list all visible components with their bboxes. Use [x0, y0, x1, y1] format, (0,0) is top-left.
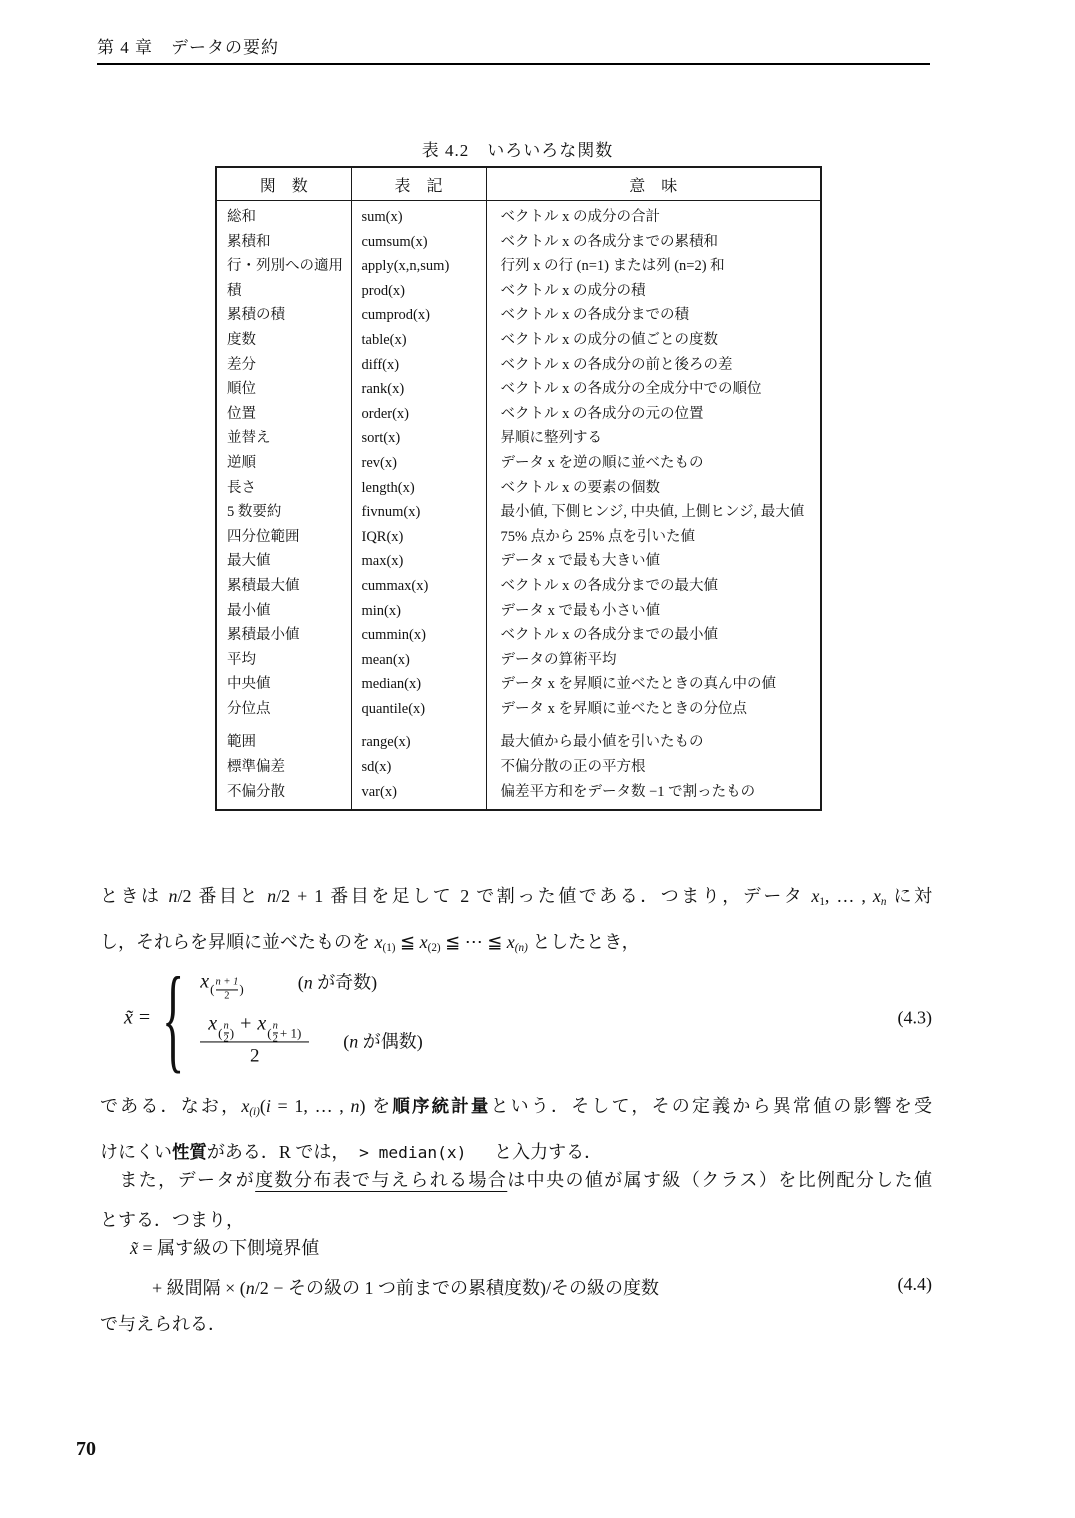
cell-function: 総和 — [216, 201, 351, 230]
subscript: ( n 2 + 1 ) — [267, 1020, 301, 1045]
text-segment: という．そして，その定義から異常値の影響を受 — [490, 1096, 932, 1116]
cell-function: 積 — [216, 279, 351, 304]
table-row: 不偏分散var(x)偏差平方和をデータ数 −1 で割ったもの — [216, 780, 821, 811]
cell-meaning: 行列 x の行 (n=1) または列 (n=2) 和 — [486, 254, 821, 279]
text-segment: (n) — [515, 942, 528, 954]
cell-meaning: データ x で最も大きい値 — [486, 549, 821, 574]
cell-meaning: データ x を逆の順に並べたもの — [486, 451, 821, 476]
x-symbol: x — [208, 1012, 217, 1035]
paren-open: ( — [210, 981, 214, 997]
cell-notation: sort(x) — [351, 426, 486, 451]
table-row: 度数table(x)ベクトル x の成分の値ごとの度数 — [216, 328, 821, 353]
table-row: 分位点quantile(x)データ x を昇順に並べたときの分位点 — [216, 697, 821, 722]
table-row: 範囲range(x)最大値から最小値を引いたもの — [216, 721, 821, 755]
table-body: 総和sum(x)ベクトル x の成分の合計累積和cumsum(x)ベクトル x … — [216, 201, 821, 811]
cell-notation: max(x) — [351, 549, 486, 574]
x-symbol: x — [200, 970, 209, 993]
cell-notation: table(x) — [351, 328, 486, 353]
equation-4-3: x̃ = { x ( n + 1 2 ) (n が奇数) — [100, 956, 932, 1080]
cell-notation: median(x) — [351, 672, 486, 697]
cell-function: 最大値 — [216, 549, 351, 574]
cell-function: 不偏分散 — [216, 780, 351, 811]
cell-meaning: データ x を昇順に並べたときの分位点 — [486, 697, 821, 722]
cell-function: 長さ — [216, 476, 351, 501]
cases-column: x ( n + 1 2 ) (n が奇数) x — [200, 968, 423, 1067]
fraction-denominator: 2 — [216, 989, 239, 1002]
text-segment: (i) — [249, 1106, 260, 1118]
table-row: 累積和cumsum(x)ベクトル x の各成分までの累積和 — [216, 230, 821, 255]
condition-odd: (n が奇数) — [298, 968, 378, 994]
cell-meaning: ベクトル x の各成分までの最小値 — [486, 623, 821, 648]
cell-notation: cumsum(x) — [351, 230, 486, 255]
col-header-function: 関 数 — [216, 167, 351, 201]
cell-notation: quantile(x) — [351, 697, 486, 722]
cell-meaning: ベクトル x の各成分の元の位置 — [486, 402, 821, 427]
text-segment: n — [349, 1031, 358, 1051]
cell-meaning: ベクトル x の成分の値ごとの度数 — [486, 328, 821, 353]
col-header-notation: 表 記 — [351, 167, 486, 201]
text-segment: 順序統計量 — [392, 1096, 490, 1116]
cell-meaning: ベクトル x の各成分の全成分中での順位 — [486, 377, 821, 402]
text-segment: x — [375, 932, 383, 952]
table-row: 差分diff(x)ベクトル x の各成分の前と後ろの差 — [216, 353, 821, 378]
cell-notation: sum(x) — [351, 201, 486, 230]
cell-function: 5 数要約 — [216, 500, 351, 525]
text-segment: ≦ — [396, 932, 420, 952]
table-row: 位置order(x)ベクトル x の各成分の元の位置 — [216, 402, 821, 427]
cell-meaning: 最小値, 下側ヒンジ, 中央値, 上側ヒンジ, 最大値 — [486, 500, 821, 525]
cell-notation: sd(x) — [351, 755, 486, 780]
text-segment: n — [304, 972, 313, 992]
text-segment: /2 番目と — [178, 886, 268, 906]
table-row: 積prod(x)ベクトル x の成分の積 — [216, 279, 821, 304]
text-segment: x — [873, 886, 881, 906]
cell-notation: diff(x) — [351, 353, 486, 378]
cell-meaning: データ x を昇順に並べたときの真ん中の値 — [486, 672, 821, 697]
text-segment: を — [365, 1096, 392, 1116]
fraction-numerator: n — [224, 1020, 229, 1032]
table-row: 標準偏差sd(x)不偏分散の正の平方根 — [216, 755, 821, 780]
equation-4-4-line2: + 級間隔 × (n/2 − その級の 1 つ前までの累積度数)/その級の度数 … — [100, 1274, 932, 1300]
cell-function: 差分 — [216, 353, 351, 378]
table-row: 累積最大値cummax(x)ベクトル x の各成分までの最大値 — [216, 574, 821, 599]
fraction-numerator: n + 1 — [216, 977, 239, 989]
cell-meaning: ベクトル x の各成分までの最大値 — [486, 574, 821, 599]
text-segment: し，それらを昇順に並べたものを — [100, 932, 375, 952]
text-segment: が奇数) — [313, 972, 378, 992]
cell-function: 行・列別への適用 — [216, 254, 351, 279]
cell-function: 順位 — [216, 377, 351, 402]
fraction: n 2 — [273, 1020, 278, 1045]
cell-notation: IQR(x) — [351, 525, 486, 550]
cell-notation: fivnum(x) — [351, 500, 486, 525]
subscript-plus-one: + 1 — [280, 1025, 297, 1041]
cell-function: 四分位範囲 — [216, 525, 351, 550]
paragraph-median-definition: ときは n/2 番目と n/2 + 1 番目を足して 2 で割った値である．つま… — [100, 876, 932, 968]
equation-4-4-line1: x̃ = 属す級の下側境界値 — [130, 1234, 319, 1260]
cell-notation: prod(x) — [351, 279, 486, 304]
text-segment: /2 − その級の 1 つ前までの累積度数)/その級の度数 — [255, 1278, 659, 1298]
text-segment: x̃ — [130, 1238, 138, 1258]
table-row: 中央値median(x)データ x を昇順に並べたときの真ん中の値 — [216, 672, 821, 697]
fraction: n + 1 2 — [216, 977, 239, 1002]
cell-meaning: 不偏分散の正の平方根 — [486, 755, 821, 780]
fraction-denominator: 2 — [273, 1033, 278, 1046]
table-row: 累積最小値cummin(x)ベクトル x の各成分までの最小値 — [216, 623, 821, 648]
cell-function: 標準偏差 — [216, 755, 351, 780]
table-row: 順位rank(x)ベクトル x の各成分の全成分中での順位 — [216, 377, 821, 402]
text-segment: n — [169, 886, 178, 906]
fraction-numerator: n — [273, 1020, 278, 1032]
paragraph-frequency-table: また，データが度数分布表で与えられる場合は中央の値が属す級（クラス）を比例配分し… — [100, 1160, 932, 1240]
text-segment: n — [246, 1278, 255, 1298]
condition-even: (n が偶数) — [343, 1027, 423, 1053]
text-segment: とする．つまり， — [100, 1210, 244, 1230]
equation-number-4-4: (4.4) — [898, 1274, 933, 1295]
table-row: 並替えsort(x)昇順に整列する — [216, 426, 821, 451]
table-row: 最小値min(x)データ x で最も小さい値 — [216, 599, 821, 624]
text-segment: ≦ ⋯ ≦ — [441, 932, 507, 952]
cell-meaning: ベクトル x の成分の積 — [486, 279, 821, 304]
functions-table: 関 数 表 記 意 味 総和sum(x)ベクトル x の成分の合計累積和cums… — [215, 166, 822, 811]
cell-meaning: データ x で最も小さい値 — [486, 599, 821, 624]
chapter-header: 第 4 章 データの要約 — [97, 33, 930, 65]
table-row: 総和sum(x)ベクトル x の成分の合計 — [216, 201, 821, 230]
text-segment: = — [138, 1238, 157, 1258]
cell-meaning: 昇順に整列する — [486, 426, 821, 451]
cell-function: 累積最小値 — [216, 623, 351, 648]
paren-close: ) — [297, 1025, 301, 1041]
cell-meaning: 最大値から最小値を引いたもの — [486, 721, 821, 755]
x-symbol: x — [257, 1012, 266, 1035]
text-segment: に対 — [887, 886, 933, 906]
plus-sign: + — [240, 1012, 251, 1035]
cell-function: 累積最大値 — [216, 574, 351, 599]
cell-function: 最小値 — [216, 599, 351, 624]
text-segment: (1) — [383, 942, 396, 954]
cell-notation: apply(x,n,sum) — [351, 254, 486, 279]
table-row: 平均mean(x)データの算術平均 — [216, 648, 821, 673]
text-segment: (2) — [428, 942, 441, 954]
equation-4-4-formula: + 級間隔 × (n/2 − その級の 1 つ前までの累積度数)/その級の度数 — [152, 1278, 659, 1298]
table-row: 四分位範囲IQR(x)75% 点から 25% 点を引いた値 — [216, 525, 821, 550]
table-row: 長さlength(x)ベクトル x の要素の個数 — [216, 476, 821, 501]
cell-notation: length(x) — [351, 476, 486, 501]
cell-meaning: 75% 点から 25% 点を引いた値 — [486, 525, 821, 550]
cell-meaning: ベクトル x の各成分までの積 — [486, 303, 821, 328]
cell-function: 位置 — [216, 402, 351, 427]
equals-sign: = — [139, 1007, 150, 1030]
big-fraction: x ( n 2 ) + x — [200, 1012, 309, 1067]
table-header: 関 数 表 記 意 味 — [216, 167, 821, 201]
subscript: ( n 2 ) — [218, 1020, 234, 1045]
text-segment: ときは — [100, 886, 169, 906]
text-line: また，データが度数分布表で与えられる場合は中央の値が属す級（クラス）を比例配分し… — [100, 1160, 932, 1200]
cell-notation: cummax(x) — [351, 574, 486, 599]
cell-meaning: ベクトル x の各成分の前と後ろの差 — [486, 353, 821, 378]
equation-4-3-body: x̃ = { x ( n + 1 2 ) (n が奇数) — [124, 968, 423, 1067]
table-row: 行・列別への適用apply(x,n,sum)行列 x の行 (n=1) または列… — [216, 254, 821, 279]
table-row: 累積の積cumprod(x)ベクトル x の各成分までの積 — [216, 303, 821, 328]
cell-notation: rank(x) — [351, 377, 486, 402]
cell-notation: cumprod(x) — [351, 303, 486, 328]
cell-notation: range(x) — [351, 721, 486, 755]
cell-notation: order(x) — [351, 402, 486, 427]
subscript: ( n + 1 2 ) — [210, 977, 244, 1002]
cell-notation: min(x) — [351, 599, 486, 624]
cell-meaning: データの算術平均 — [486, 648, 821, 673]
text-segment: また，データが — [100, 1170, 255, 1190]
cell-function: 逆順 — [216, 451, 351, 476]
cell-function: 並替え — [216, 426, 351, 451]
fraction-denominator: 2 — [224, 1033, 229, 1046]
cell-function: 累積和 — [216, 230, 351, 255]
cell-notation: var(x) — [351, 780, 486, 811]
text-line: である．なお，x(i)(i = 1, … , n) を順序統計量という．そして，… — [100, 1086, 932, 1132]
cell-meaning: ベクトル x の要素の個数 — [486, 476, 821, 501]
text-segment: /2 + 1 番目を足して 2 で割った値である．つまり，データ — [276, 886, 811, 906]
text-segment: + 級間隔 × ( — [152, 1278, 246, 1298]
case-odd: x ( n + 1 2 ) (n が奇数) — [200, 968, 423, 994]
text-line: ときは n/2 番目と n/2 + 1 番目を足して 2 で割った値である．つま… — [100, 876, 932, 922]
cell-notation: mean(x) — [351, 648, 486, 673]
text-segment: 度数分布表で与えられる場合 — [255, 1170, 507, 1190]
cell-meaning: 偏差平方和をデータ数 −1 で割ったもの — [486, 780, 821, 811]
text-segment: としたとき， — [528, 932, 640, 952]
equation-number-4-3: (4.3) — [898, 1008, 933, 1029]
median-symbol: x̃ — [124, 1007, 133, 1030]
page-number: 70 — [76, 1438, 96, 1461]
paren-close: ) — [239, 981, 243, 997]
cases-brace: { — [162, 950, 184, 1085]
paren-open: ( — [218, 1025, 222, 1041]
fraction: n 2 — [224, 1020, 229, 1045]
cell-meaning: ベクトル x の成分の合計 — [486, 201, 821, 230]
closing-line: で与えられる． — [100, 1310, 226, 1336]
text-segment: x — [507, 932, 515, 952]
table-header-row: 関 数 表 記 意 味 — [216, 167, 821, 201]
cell-function: 分位点 — [216, 697, 351, 722]
document-page: 第 4 章 データの要約 表 4.2 いろいろな関数 関 数 表 記 意 味 総… — [0, 0, 1075, 1518]
text-segment: = 1, … , — [271, 1096, 351, 1116]
cell-meaning: ベクトル x の各成分までの累積和 — [486, 230, 821, 255]
table-row: 逆順rev(x)データ x を逆の順に並べたもの — [216, 451, 821, 476]
paren-open: ( — [267, 1025, 271, 1041]
cell-function: 累積の積 — [216, 303, 351, 328]
table-caption: 表 4.2 いろいろな関数 — [215, 136, 820, 161]
cell-function: 平均 — [216, 648, 351, 673]
text-segment: である．なお， — [100, 1096, 241, 1116]
cell-function: 中央値 — [216, 672, 351, 697]
text-segment: , … , — [825, 886, 873, 906]
cell-function: 範囲 — [216, 721, 351, 755]
text-segment: 属す級の下側境界値 — [157, 1238, 319, 1258]
cell-function: 度数 — [216, 328, 351, 353]
text-segment: が偶数) — [358, 1031, 423, 1051]
big-fraction-numerator: x ( n 2 ) + x — [200, 1012, 309, 1041]
text-segment: は中央の値が属す級（クラス）を比例配分した値 — [507, 1170, 932, 1190]
text-segment: x — [420, 932, 428, 952]
cell-notation: cummin(x) — [351, 623, 486, 648]
table-row: 最大値max(x)データ x で最も大きい値 — [216, 549, 821, 574]
text-segment: で与えられる． — [100, 1314, 226, 1334]
case-even: x ( n 2 ) + x — [200, 1012, 423, 1067]
text-segment: n — [267, 886, 276, 906]
col-header-meaning: 意 味 — [486, 167, 821, 201]
cell-notation: rev(x) — [351, 451, 486, 476]
table-row: 5 数要約fivnum(x)最小値, 下側ヒンジ, 中央値, 上側ヒンジ, 最大… — [216, 500, 821, 525]
paren-close: ) — [230, 1025, 234, 1041]
